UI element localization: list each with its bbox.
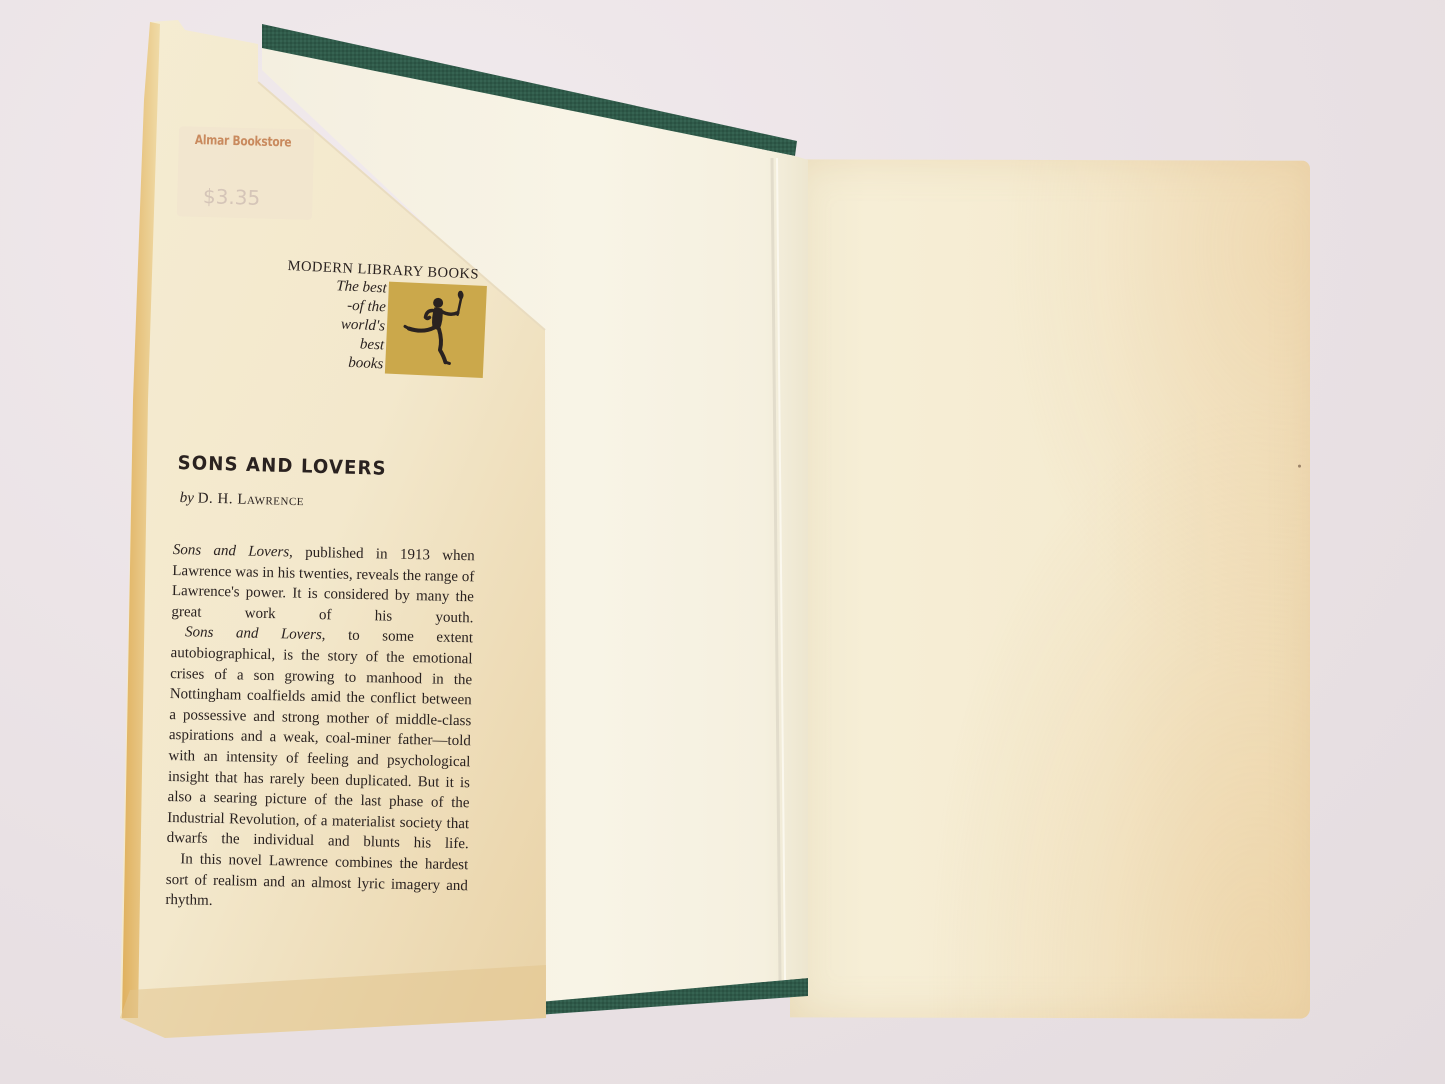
blurb-text: In this novel Lawrence combines the hard… xyxy=(165,851,468,909)
blurb-text: , to some extent autobiographical, is th… xyxy=(167,628,474,853)
torchbearer-runner-icon xyxy=(395,288,479,372)
blurb-paragraph-2: Sons and Lovers, to some extent autobiog… xyxy=(167,622,474,855)
blurb-paragraph-1: Sons and Lovers, published in 1913 when … xyxy=(171,540,475,629)
pencil-price: $3.35 xyxy=(203,184,261,210)
photo-scene: Almar Bookstore $3.35 MODERN LIBRARY BOO… xyxy=(0,0,1445,1084)
publisher-tagline: The best -of the world's best books xyxy=(283,275,389,375)
author-name: D. H. Lawrence xyxy=(197,490,304,509)
book-title: SONS AND LOVERS xyxy=(177,452,387,480)
tagline-line: books xyxy=(283,351,384,375)
blurb-paragraph-3: In this novel Lawrence combines the hard… xyxy=(165,849,468,917)
blurb-italic-title: Sons and Lovers xyxy=(185,625,322,644)
author-byline: by D. H. Lawrence xyxy=(180,490,305,510)
publisher-block: MODERN LIBRARY BOOKS The best -of the wo… xyxy=(283,258,488,379)
book-blurb: Sons and Lovers, published in 1913 when … xyxy=(165,540,475,917)
blurb-italic-title: Sons and Lovers xyxy=(173,542,290,560)
byline-prefix: by xyxy=(180,490,195,506)
modern-library-logo xyxy=(385,282,487,378)
flap-content: Almar Bookstore $3.35 MODERN LIBRARY BOO… xyxy=(0,0,1445,1084)
store-label-text: Almar Bookstore xyxy=(195,133,292,151)
